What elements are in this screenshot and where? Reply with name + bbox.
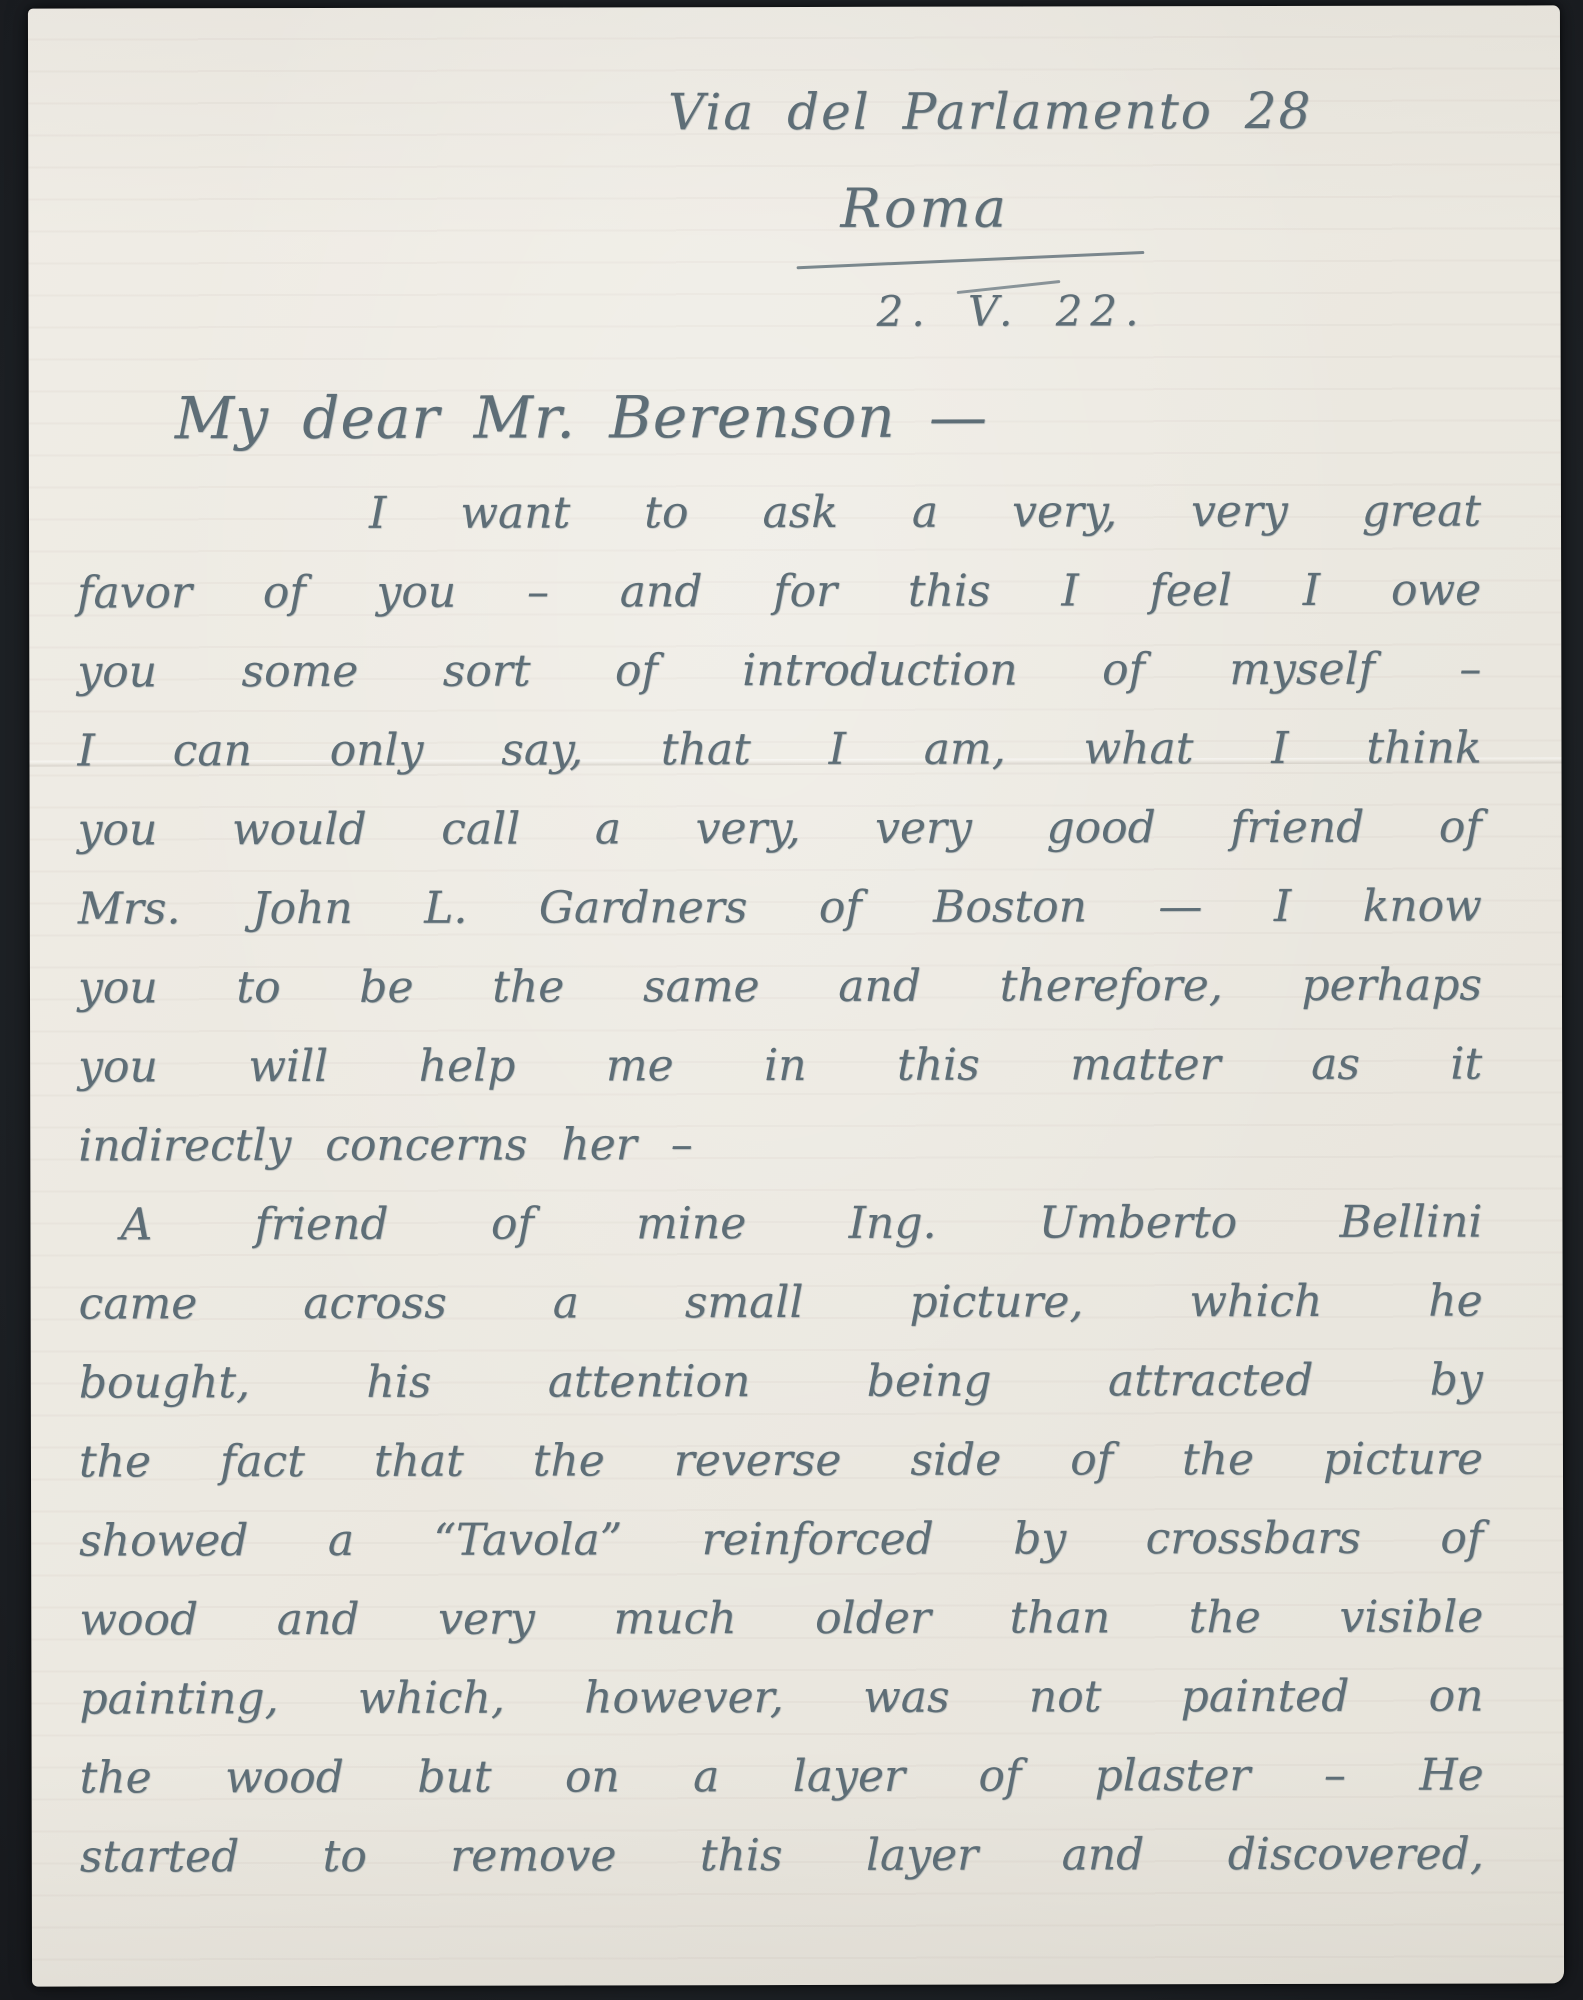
- letter-body: I want to ask a very, very great favor o…: [77, 472, 1484, 1897]
- date-line: 2. V. 22.: [877, 286, 1147, 336]
- body-line: you some sort of introduction of myself …: [77, 630, 1481, 712]
- body-line: showed a “Tavola” reinforced by crossbar…: [79, 1499, 1483, 1581]
- body-line: the fact that the reverse side of the pi…: [79, 1420, 1483, 1502]
- body-line: painting, which, however, was not painte…: [79, 1657, 1483, 1739]
- salutation: My dear Mr. Berenson —: [175, 383, 988, 453]
- body-line: the wood but on a layer of plaster – He: [80, 1736, 1484, 1818]
- photo-background: Via del Parlamento 28 Roma 2. V. 22. My …: [0, 0, 1583, 2000]
- body-line: you to be the same and therefore, perhap…: [78, 946, 1482, 1028]
- body-line: favor of you – and for this I feel I owe: [77, 551, 1481, 633]
- letter-paper: Via del Parlamento 28 Roma 2. V. 22. My …: [28, 5, 1564, 1986]
- body-line: you will help me in this matter as it: [78, 1025, 1482, 1107]
- address-line: Via del Parlamento 28: [668, 82, 1312, 141]
- body-line: you would call a very, very good friend …: [78, 788, 1482, 870]
- body-line: Mrs. John L. Gardners of Boston — I know: [78, 867, 1482, 949]
- body-line: came across a small picture, which he: [79, 1262, 1483, 1344]
- body-line: indirectly concerns her –: [78, 1104, 1482, 1186]
- body-line: A friend of mine Ing. Umberto Bellini: [78, 1183, 1482, 1265]
- body-line: bought, his attention being attracted by: [79, 1341, 1483, 1423]
- body-line: I want to ask a very, very great: [77, 472, 1481, 554]
- body-line: I can only say, that I am, what I think: [77, 709, 1481, 791]
- city-line: Roma: [840, 177, 1009, 240]
- body-line: wood and very much older than the visibl…: [79, 1578, 1483, 1660]
- body-line: started to remove this layer and discove…: [80, 1815, 1484, 1897]
